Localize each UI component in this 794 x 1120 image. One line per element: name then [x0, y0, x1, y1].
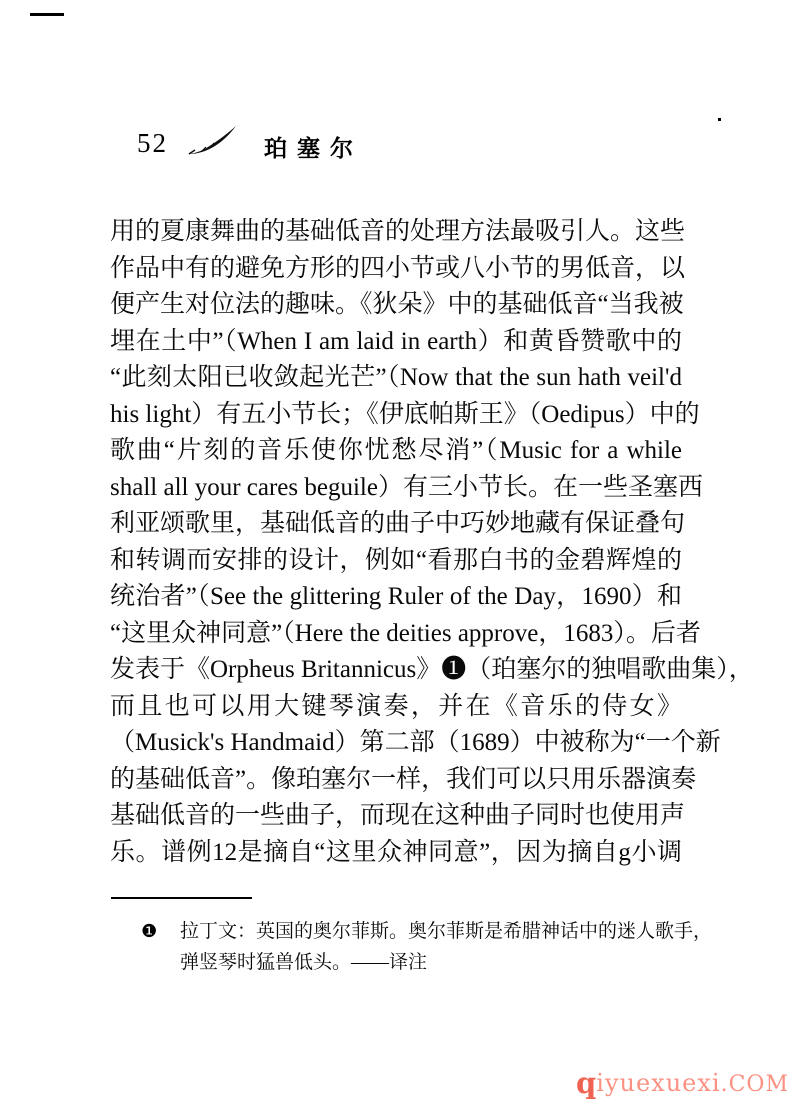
page-header: 52 珀塞尔: [0, 118, 794, 162]
body-text-line: his light）有五小节长；《伊底帕斯王》（Oedipus）中的: [110, 397, 682, 434]
scanned-book-page: 52 珀塞尔 用的夏康舞曲的基础低音的处理方法最吸引人。这些 作品中有的避免方形…: [0, 0, 794, 1120]
body-text-line: 统治者”（See the glittering Ruler of the Day…: [110, 579, 682, 616]
watermark-name: iyuexuexi: [596, 1069, 720, 1097]
site-watermark: qiyuexuexi.COM: [576, 1068, 789, 1098]
body-text-line: 而且也可以用大键琴演奏，并在《音乐的侍女》: [110, 689, 682, 726]
footnote: 拉丁文：英国的奥尔菲斯。奥尔菲斯是希腊神话中的迷人歌手， 弹竖琴时猛兽低头。——…: [180, 916, 690, 978]
body-text-line: 歌曲“片刻的音乐使你忧愁尽消”（Music for a while: [110, 433, 682, 470]
chapter-title: 珀塞尔: [264, 130, 363, 163]
footnote-line: 拉丁文：英国的奥尔菲斯。奥尔菲斯是希腊神话中的迷人歌手，: [180, 916, 690, 947]
footnote-separator: [111, 897, 252, 899]
watermark-tld: .COM: [721, 1072, 789, 1097]
watermark-bold-char: q: [576, 1066, 596, 1100]
quill-icon: [186, 124, 242, 158]
body-text-line: 和转调而安排的设计，例如“看那白书的金碧辉煌的: [110, 543, 682, 580]
scan-artifact-line: [30, 13, 64, 16]
body-text-line: “此刻太阳已收敛起光芒”（Now that the sun hath veil'…: [110, 360, 682, 397]
body-text-line: 利亚颂歌里，基础低音的曲子中巧妙地藏有保证叠句: [110, 506, 682, 543]
body-text-line: 发表于《Orpheus Britannicus》❶（珀塞尔的独唱歌曲集），: [110, 652, 682, 689]
body-text-line: 用的夏康舞曲的基础低音的处理方法最吸引人。这些: [110, 214, 682, 251]
body-text: 用的夏康舞曲的基础低音的处理方法最吸引人。这些 作品中有的避免方形的四小节或八小…: [110, 214, 682, 871]
body-text-line: 的基础低音”。像珀塞尔一样，我们可以只用乐器演奏: [110, 762, 682, 799]
body-text-line: 埋在土中”（When I am laid in earth）和黄昏赞歌中的: [110, 324, 682, 361]
body-text-line: 便产生对位法的趣味。《狄朵》中的基础低音“当我被: [110, 287, 682, 324]
body-text-line: 作品中有的避免方形的四小节或八小节的男低音，以: [110, 251, 682, 288]
footnote-line: 弹竖琴时猛兽低头。——译注: [180, 947, 690, 978]
footnote-marker-icon: ❶: [141, 921, 157, 943]
body-text-line: 乐。谱例12是摘自“这里众神同意”，因为摘自g小调: [110, 835, 682, 872]
page-number: 52: [137, 128, 168, 159]
body-text-line: shall all your cares beguile）有三小节长。在一些圣塞…: [110, 470, 682, 507]
body-text-line: 基础低音的一些曲子，而现在这种曲子同时也使用声: [110, 798, 682, 835]
body-text-line: （Musick's Handmaid）第二部（1689）中被称为“一个新: [110, 725, 682, 762]
body-text-line: “这里众神同意”（Here the deities approve，1683）。…: [110, 616, 682, 653]
